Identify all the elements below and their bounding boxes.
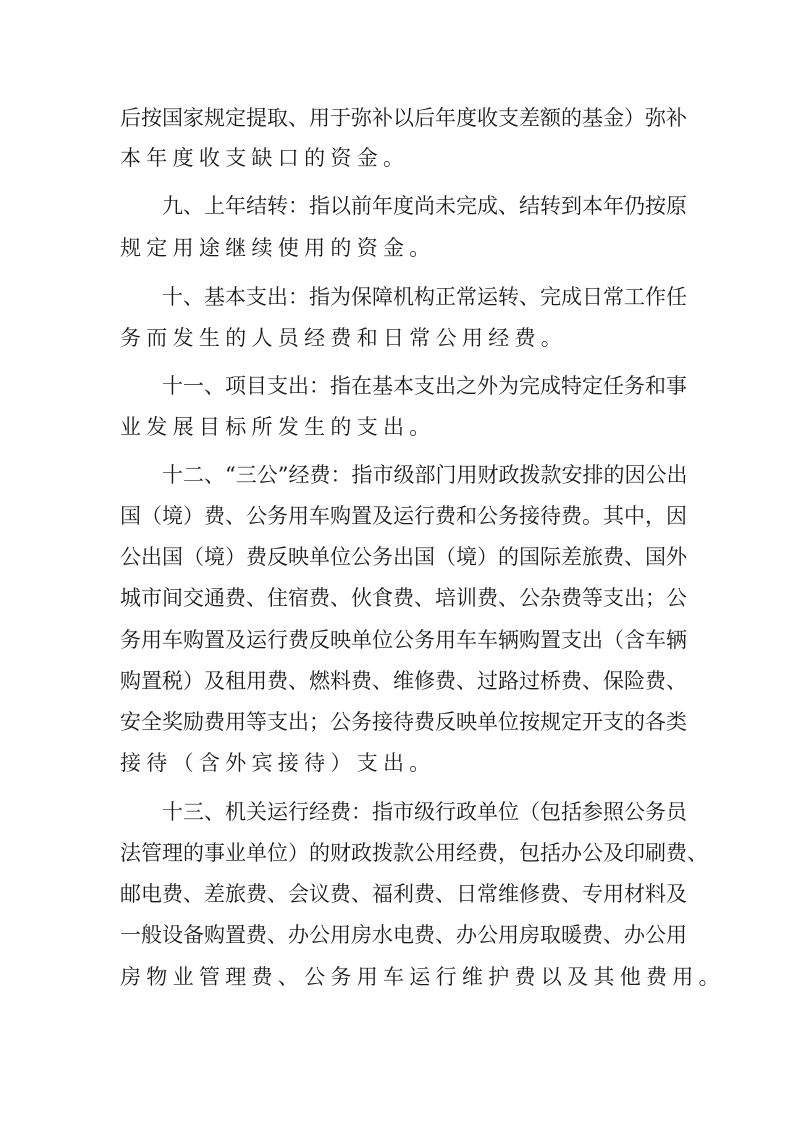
paragraph-13-line-5: 房物业管理费、公务用车运行维护费以及其他费用。 xyxy=(120,964,680,990)
paragraph-13-line-1: 十三、机关运行经费：指市级行政单位（包括参照公务员 xyxy=(162,799,672,825)
paragraph-12-line-1: 十二、“三公”经费：指市级部门用财政拨款安排的因公出 xyxy=(162,462,672,488)
paragraph-continuation-line-2: 本年度收支缺口的资金。 xyxy=(120,145,680,171)
paragraph-13-line-4: 一般设备购置费、办公用房水电费、办公用房取暖费、办公用 xyxy=(120,922,680,948)
paragraph-13-line-3: 邮电费、差旅费、会议费、福利费、日常维修费、专用材料及 xyxy=(120,881,680,907)
paragraph-12-line-5: 务用车购置及运行费反映单位公务用车车辆购置支出（含车辆 xyxy=(120,627,680,653)
paragraph-10-line-1: 十、基本支出：指为保障机构正常运转、完成日常工作任 xyxy=(162,284,672,310)
paragraph-12-line-7: 安全奖励费用等支出；公务接待费反映单位按规定开支的各类 xyxy=(120,709,680,735)
paragraph-9-line-1: 九、上年结转：指以前年度尚未完成、结转到本年仍按原 xyxy=(162,193,672,219)
paragraph-continuation-line-1: 后按国家规定提取、用于弥补以后年度收支差额的基金）弥补 xyxy=(120,105,680,131)
document-page: 后按国家规定提取、用于弥补以后年度收支差额的基金）弥补 本年度收支缺口的资金。 … xyxy=(0,0,793,1122)
paragraph-12-line-4: 城市间交通费、住宿费、伙食费、培训费、公杂费等支出；公 xyxy=(120,585,680,611)
paragraph-12-line-3: 公出国（境）费反映单位公务出国（境）的国际差旅费、国外 xyxy=(120,544,680,570)
paragraph-10-line-2: 务而发生的人员经费和日常公用经费。 xyxy=(120,325,680,351)
paragraph-12-line-2: 国（境）费、公务用车购置及运行费和公务接待费。其中，因 xyxy=(120,503,680,529)
paragraph-12-line-6: 购置税）及租用费、燃料费、维修费、过路过桥费、保险费、 xyxy=(120,668,680,694)
paragraph-11-line-2: 业发展目标所发生的支出。 xyxy=(120,414,680,440)
paragraph-12-line-8: 接待（含外宾接待）支出。 xyxy=(120,750,680,776)
paragraph-9-line-2: 规定用途继续使用的资金。 xyxy=(120,235,680,261)
paragraph-11-line-1: 十一、项目支出：指在基本支出之外为完成特定任务和事 xyxy=(162,373,672,399)
paragraph-13-line-2: 法管理的事业单位）的财政拨款公用经费，包括办公及印刷费、 xyxy=(120,840,680,866)
